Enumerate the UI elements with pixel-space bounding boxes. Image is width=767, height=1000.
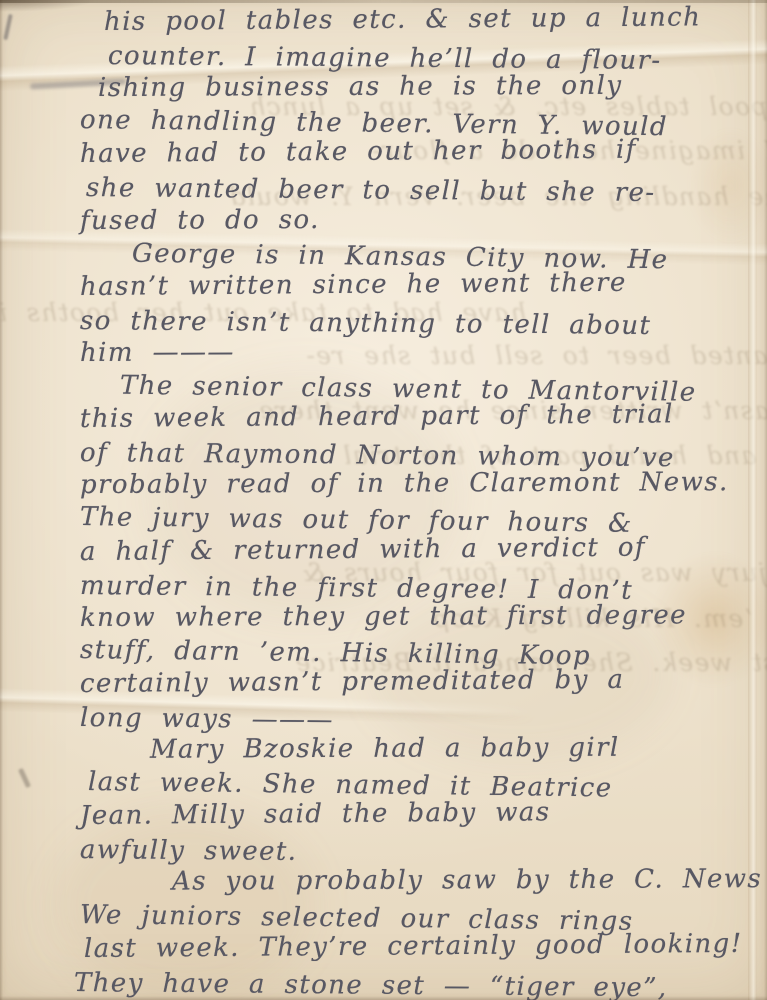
letter-page: his pool tables etc. & set up a lunchcou…	[0, 0, 767, 1000]
letter-line: his pool tables etc. & set up a lunch	[104, 1, 767, 39]
letter-line: this week and heard part of the trial	[80, 398, 767, 436]
letter-line: probably read of in the Claremont News.	[80, 466, 767, 502]
letter-line: last week. They’re certainly good lookin…	[84, 927, 767, 965]
letter-line: know where they get that first degree	[80, 599, 767, 635]
letter-line: They have a stone set — “tiger eye”,	[74, 967, 767, 1000]
letter-line: certainly wasn’t premeditated by a	[80, 662, 767, 700]
scan-corner-top-left	[0, 0, 95, 12]
letter-line: have had to take out her booths if	[80, 133, 767, 171]
letter-line: Jean. Milly said the baby was	[80, 795, 767, 833]
letter-line: him ———	[80, 334, 767, 370]
letter-body: his pool tables etc. & set up a lunchcou…	[0, 6, 767, 999]
letter-line: fused to do so.	[80, 202, 767, 238]
letter-line: As you probably saw by the C. News	[80, 863, 767, 899]
letter-line: Mary Bzoskie had a baby girl	[80, 731, 767, 767]
letter-line: hasn’t written since he went there	[80, 265, 767, 303]
letter-line: ishing business as he is the only	[98, 69, 767, 105]
letter-line: a half & returned with a verdict of	[80, 530, 767, 568]
